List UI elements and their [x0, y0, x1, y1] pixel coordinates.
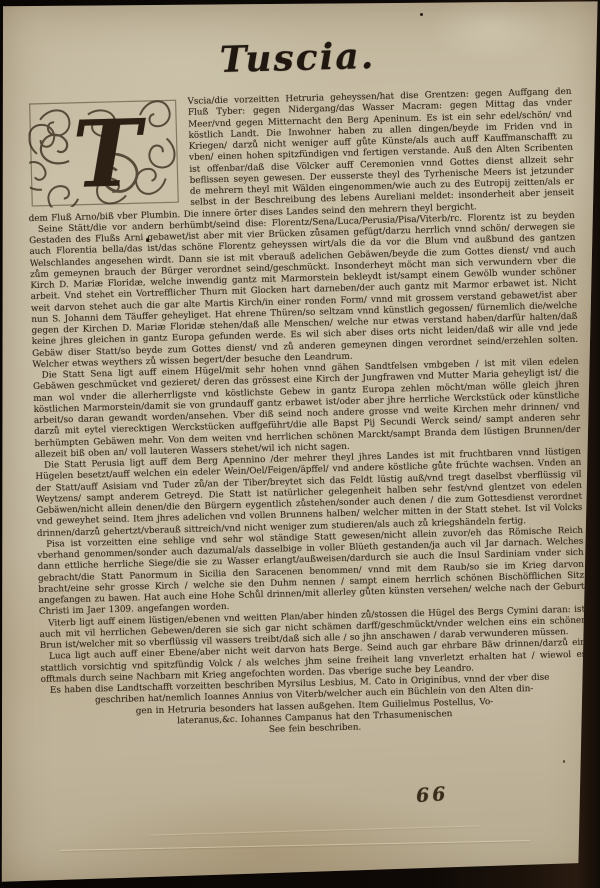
page-title: Tuscia.	[24, 31, 571, 85]
intro-paragraph: T Vscia/die vorzeitten Hetruria geheysse…	[26, 87, 575, 225]
paper-crease	[60, 840, 530, 851]
book-page: Tuscia.	[0, 0, 600, 888]
paper-crease	[150, 825, 480, 835]
page-content: Tuscia.	[24, 31, 588, 742]
ink-speck	[563, 760, 565, 763]
photo-background: Tuscia.	[0, 0, 600, 888]
ink-speck	[146, 238, 149, 242]
paragraph-perusia: Die Statt Perusia ligt auff dem Berg Ape…	[35, 447, 583, 540]
ink-speck	[420, 13, 423, 16]
drop-cap-letter: T	[71, 99, 149, 208]
paragraph-florentz: Seine Stätt/die vor andern berhümbt/sein…	[29, 211, 579, 371]
page-number: 66	[415, 783, 449, 807]
ornamental-initial: T	[28, 98, 181, 208]
paragraph-sena: Die Statt Sena ligt auff einem Hügel/mit…	[33, 357, 581, 461]
paragraph-pisa: Pisa ist vorzeitten eine sehlige vnd seh…	[37, 525, 585, 618]
body-text: T Vscia/die vorzeitten Hetruria geheysse…	[26, 87, 589, 742]
